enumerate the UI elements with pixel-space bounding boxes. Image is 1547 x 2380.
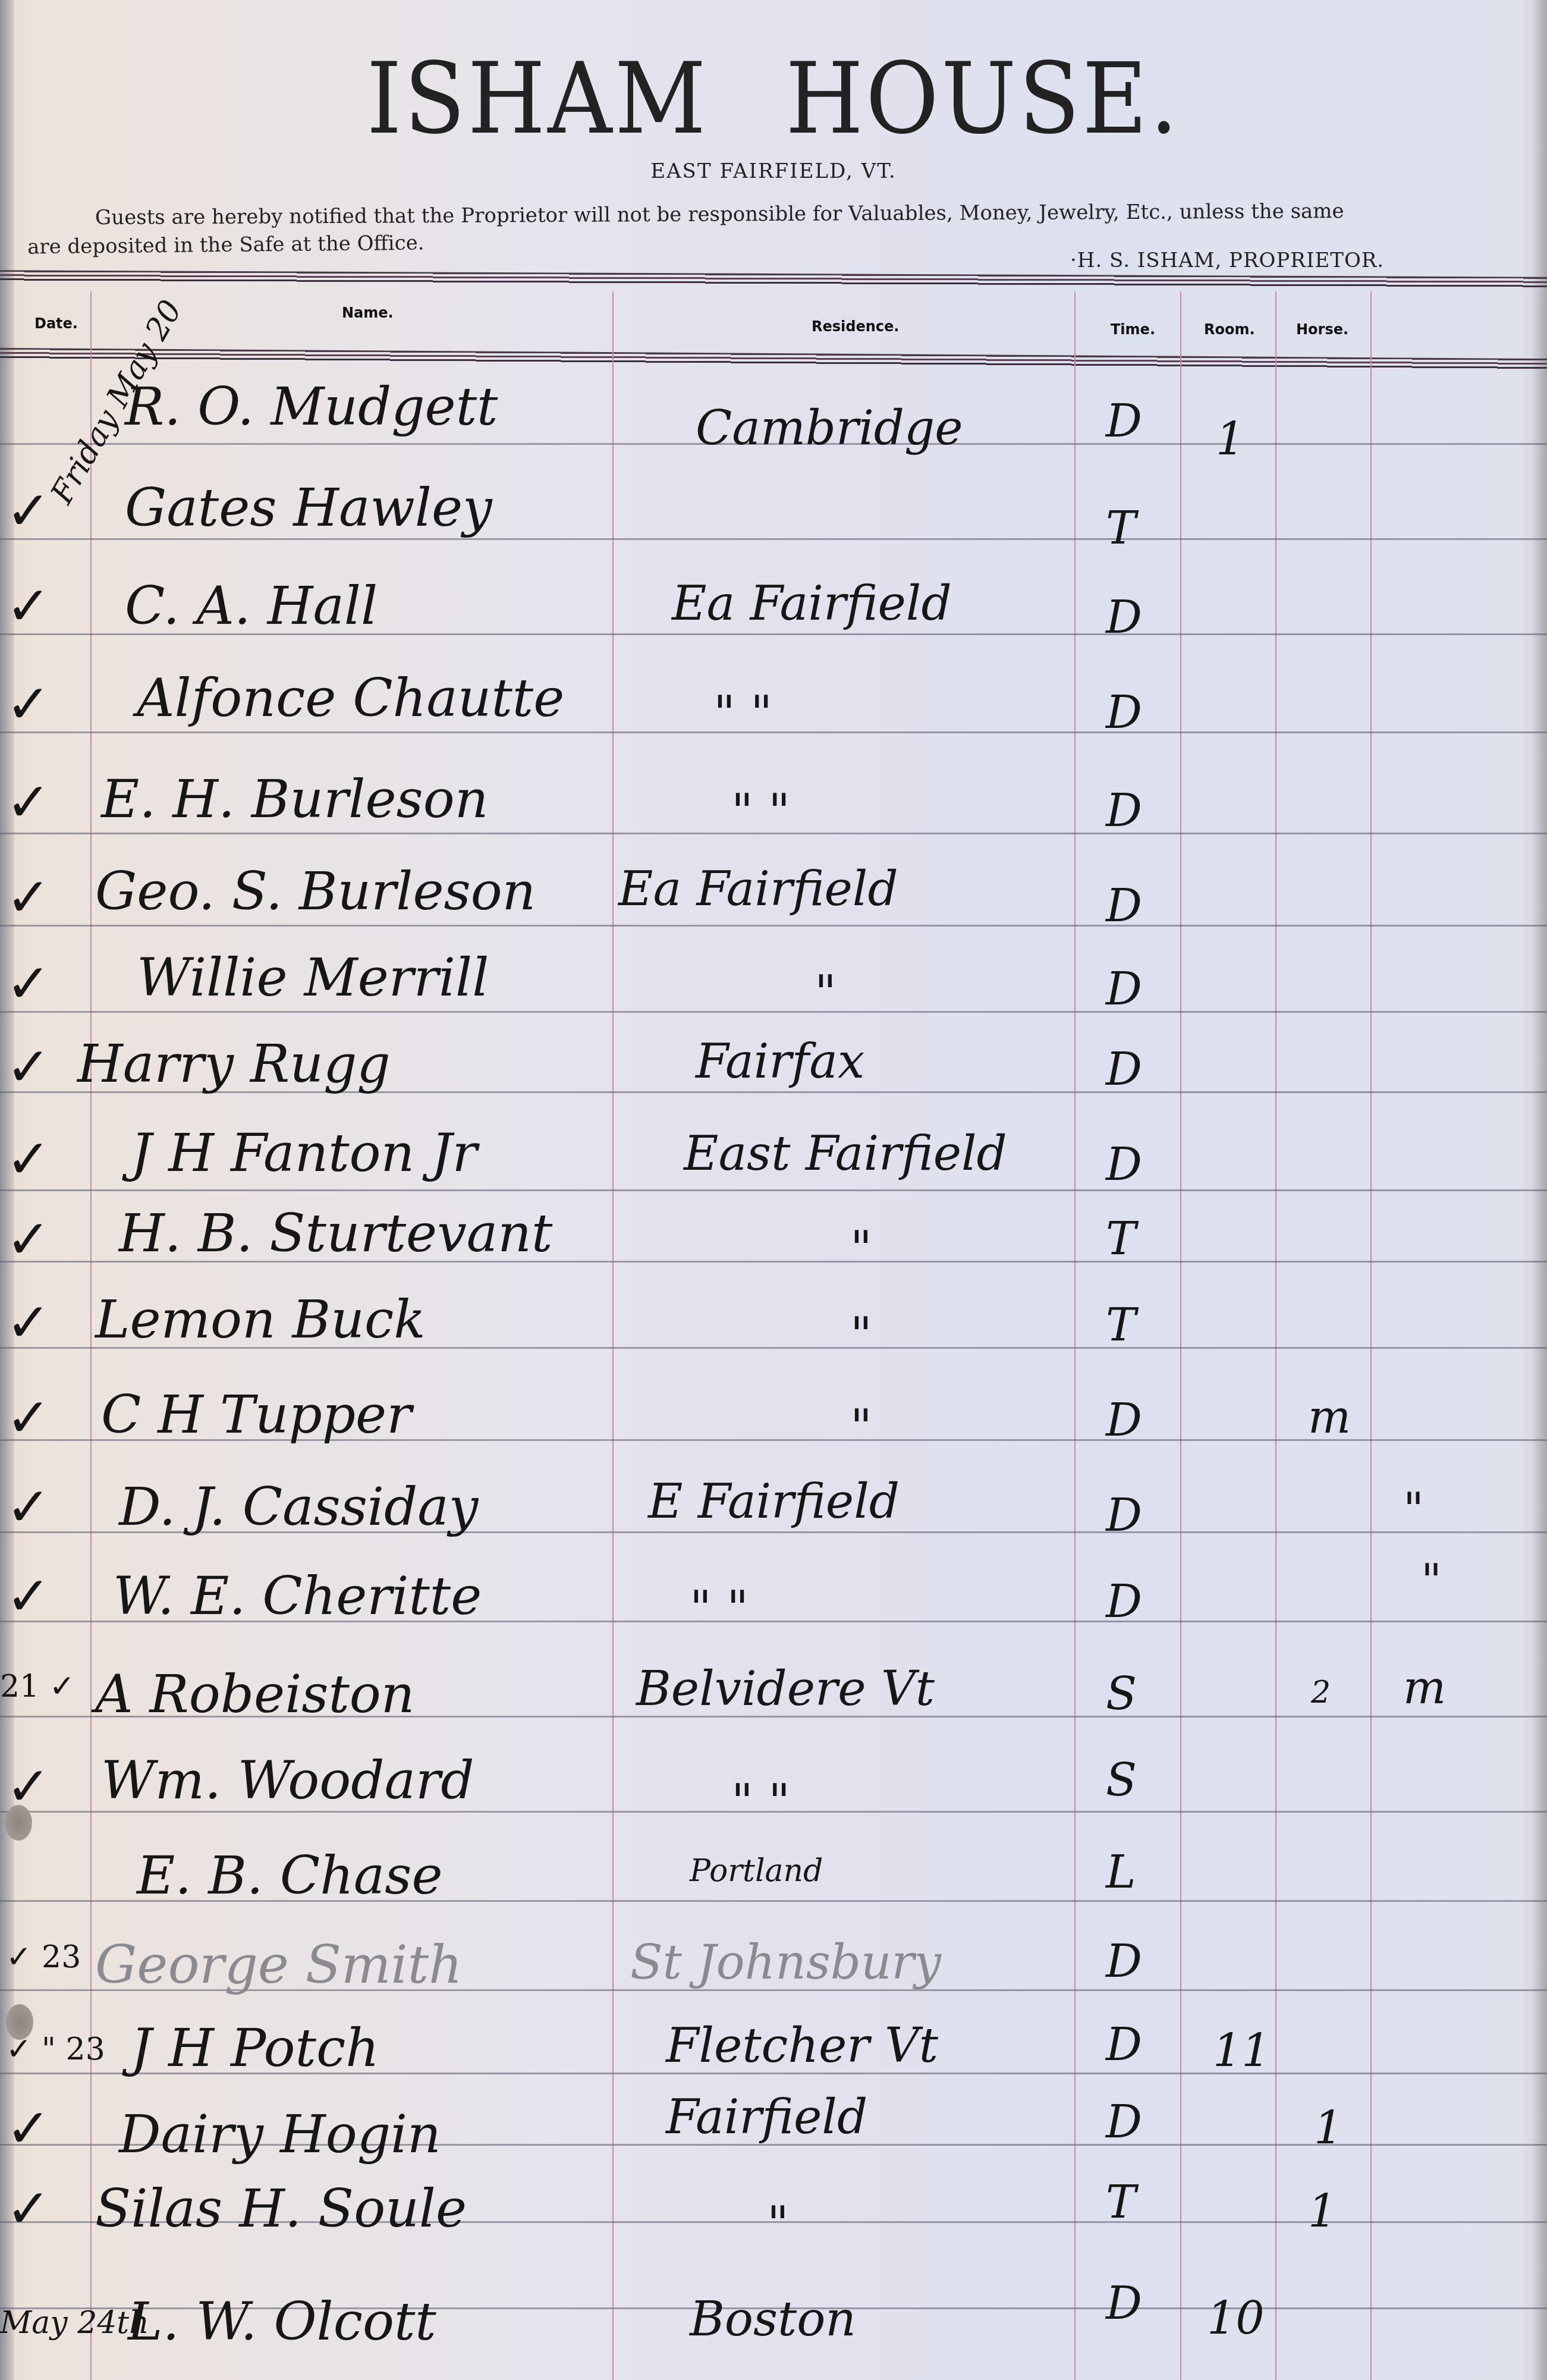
row-residence: E Fairfield	[648, 1478, 900, 1525]
row-checkmark: ✓	[6, 678, 51, 731]
hotel-location: EAST FAIRFIELD, VT.	[0, 159, 1547, 183]
row-residence: " "	[713, 690, 772, 737]
row-residence: Fletcher Vt	[666, 2022, 938, 2070]
row-guest-name: Harry Rugg	[77, 1038, 391, 1090]
row-horse: 1	[1314, 2105, 1342, 2150]
row-checkmark: ✓	[6, 1133, 51, 1186]
column-header-time: Time.	[1111, 321, 1155, 338]
row-time: D	[1106, 966, 1142, 1012]
column-header-name: Name.	[342, 304, 394, 321]
row-time: T	[1106, 1216, 1136, 1261]
row-checkmark: ✓	[6, 580, 51, 633]
row-guest-name: Wm. Woodard	[101, 1754, 474, 1807]
row-checkmark: ✓	[6, 871, 51, 925]
row-time: S	[1106, 1671, 1137, 1716]
row-residence: "	[850, 1403, 872, 1451]
row-date: ✓ 23	[6, 1942, 81, 1973]
row-checkmark: ✓	[6, 1213, 51, 1267]
row-time: D	[1106, 1579, 1142, 1624]
row-guest-name: Alfonce Chautte	[137, 672, 564, 724]
register-page: ISHAMHOUSE. EAST FAIRFIELD, VT. Guests a…	[0, 0, 1547, 2380]
row-time: D	[1106, 883, 1142, 928]
row-residence: " "	[731, 1778, 790, 1826]
row-time: D	[1106, 690, 1142, 735]
row-guest-name: C. A. Hall	[125, 580, 378, 632]
row-room: 11	[1213, 2028, 1271, 2073]
row-time: D	[1106, 1398, 1142, 1443]
column-header-horse: Horse.	[1296, 321, 1348, 338]
row-guest-name: Lemon Buck	[95, 1293, 426, 1346]
row-residence: "	[850, 1311, 872, 1359]
proprietor-signature: ·H. S. ISHAM, PROPRIETOR.	[1070, 249, 1384, 272]
row-residence: Portland	[690, 1855, 823, 1886]
row-extra-mark: "	[1403, 1487, 1424, 1532]
row-time: D	[1106, 2281, 1142, 2326]
row-time: T	[1106, 1302, 1136, 1348]
row-line	[0, 538, 1547, 540]
title-word-house: HOUSE.	[785, 42, 1180, 156]
row-guest-name: J H Potch	[131, 2022, 379, 2074]
row-residence: Ea Fairfield	[618, 865, 898, 913]
notice-line-1: Guests are hereby notified that the Prop…	[95, 199, 1463, 230]
row-time: D	[1106, 2022, 1142, 2067]
row-date: May 24th	[0, 2307, 149, 2338]
top-rule	[0, 270, 1547, 290]
row-time: D	[1106, 1493, 1142, 1538]
row-residence: "	[850, 1225, 872, 1273]
row-time: D	[1106, 788, 1142, 833]
row-room: 10	[1207, 2296, 1265, 2341]
row-line	[0, 731, 1547, 733]
row-time: D	[1106, 595, 1142, 640]
row-time: L	[1106, 1850, 1136, 1895]
row-checkmark: ✓	[6, 1392, 51, 1445]
row-guest-name: L. W. Olcott	[128, 2296, 436, 2348]
row-checkmark: ✓	[6, 2183, 51, 2236]
row-guest-name: R. O. Mudgett	[125, 381, 498, 433]
row-checkmark: ✓	[6, 1296, 51, 1350]
row-date: ✓ " 23	[6, 2034, 105, 2065]
row-guest-name: Dairy Hogin	[119, 2108, 441, 2161]
row-guest-name: A Robeiston	[95, 1668, 415, 1720]
row-date: 21 ✓	[0, 1671, 75, 1702]
row-horse-mark: m	[1308, 1395, 1351, 1440]
row-guest-name: J H Fanton Jr	[131, 1127, 477, 1179]
row-guest-name: C H Tupper	[101, 1389, 411, 1441]
row-residence: "	[815, 969, 837, 1017]
column-header-date: Date.	[34, 315, 78, 332]
row-guest-name: George Smith	[95, 1939, 463, 1991]
row-line	[0, 1011, 1547, 1013]
notice-line-2: are deposited in the Safe at the Office.	[27, 231, 425, 259]
row-residence: Belvidere Vt	[636, 1665, 935, 1713]
row-guest-name: E. B. Chase	[137, 1850, 443, 1902]
row-residence: " "	[690, 1585, 749, 1632]
row-guest-name: Silas H. Soule	[95, 2183, 467, 2235]
row-checkmark: ✓	[6, 1570, 51, 1624]
row-residence: Boston	[690, 2296, 856, 2343]
row-time: T	[1106, 2180, 1136, 2225]
title-word-isham: ISHAM	[367, 42, 709, 156]
time-column-divider	[1180, 291, 1181, 2380]
residence-column-divider	[1074, 291, 1076, 2380]
row-residence: St Johnsbury	[630, 1939, 941, 1986]
row-extra-mark: m	[1403, 1665, 1446, 1710]
row-residence: " "	[731, 788, 790, 836]
row-room: 1	[1216, 416, 1244, 461]
room-column-divider	[1275, 291, 1276, 2380]
row-residence: "	[767, 2200, 789, 2248]
row-guest-name: Willie Merrill	[137, 952, 489, 1004]
row-guest-name: Gates Hawley	[125, 482, 492, 534]
row-guest-name: D. J. Cassiday	[119, 1481, 479, 1533]
horse-column-divider	[1370, 291, 1372, 2380]
row-time: T	[1106, 505, 1136, 551]
row-time: D	[1106, 398, 1142, 444]
row-checkmark: ✓	[6, 2102, 51, 2156]
row-time: D	[1106, 2099, 1142, 2144]
row-guest-name: H. B. Sturtevant	[119, 1207, 552, 1260]
row-checkmark: ✓	[6, 1481, 51, 1534]
header-rule	[0, 348, 1547, 372]
row-residence: Ea Fairfield	[672, 580, 952, 627]
row-guest-name: E. H. Burleson	[101, 773, 488, 825]
row-time: D	[1106, 1047, 1142, 1092]
row-horse: 2	[1311, 1677, 1331, 1708]
row-residence: East Fairfield	[684, 1130, 1007, 1178]
row-checkmark: ✓	[6, 1041, 51, 1094]
row-residence: Fairfax	[696, 1038, 864, 1085]
row-time: D	[1106, 1142, 1142, 1187]
row-guest-name: W. E. Cheritte	[113, 1570, 482, 1622]
row-checkmark: ✓	[6, 1760, 51, 1814]
row-checkmark: ✓	[6, 776, 51, 830]
row-guest-name: Geo. S. Burleson	[95, 865, 536, 918]
row-line	[0, 925, 1547, 927]
row-line	[0, 1189, 1547, 1191]
name-column-divider	[612, 291, 614, 2380]
hotel-title: ISHAMHOUSE.	[0, 42, 1547, 156]
row-residence: Fairfield	[666, 2093, 867, 2141]
row-checkmark: ✓	[6, 957, 51, 1011]
column-header-room: Room.	[1204, 321, 1255, 338]
row-time: S	[1106, 1757, 1137, 1803]
row-time: D	[1106, 1939, 1142, 1984]
row-extra-mark: "	[1421, 1558, 1442, 1603]
row-horse: 1	[1308, 2189, 1337, 2234]
column-header-residence: Residence.	[812, 318, 899, 335]
row-checkmark: ✓	[6, 485, 51, 538]
row-residence: Cambridge	[696, 404, 963, 452]
